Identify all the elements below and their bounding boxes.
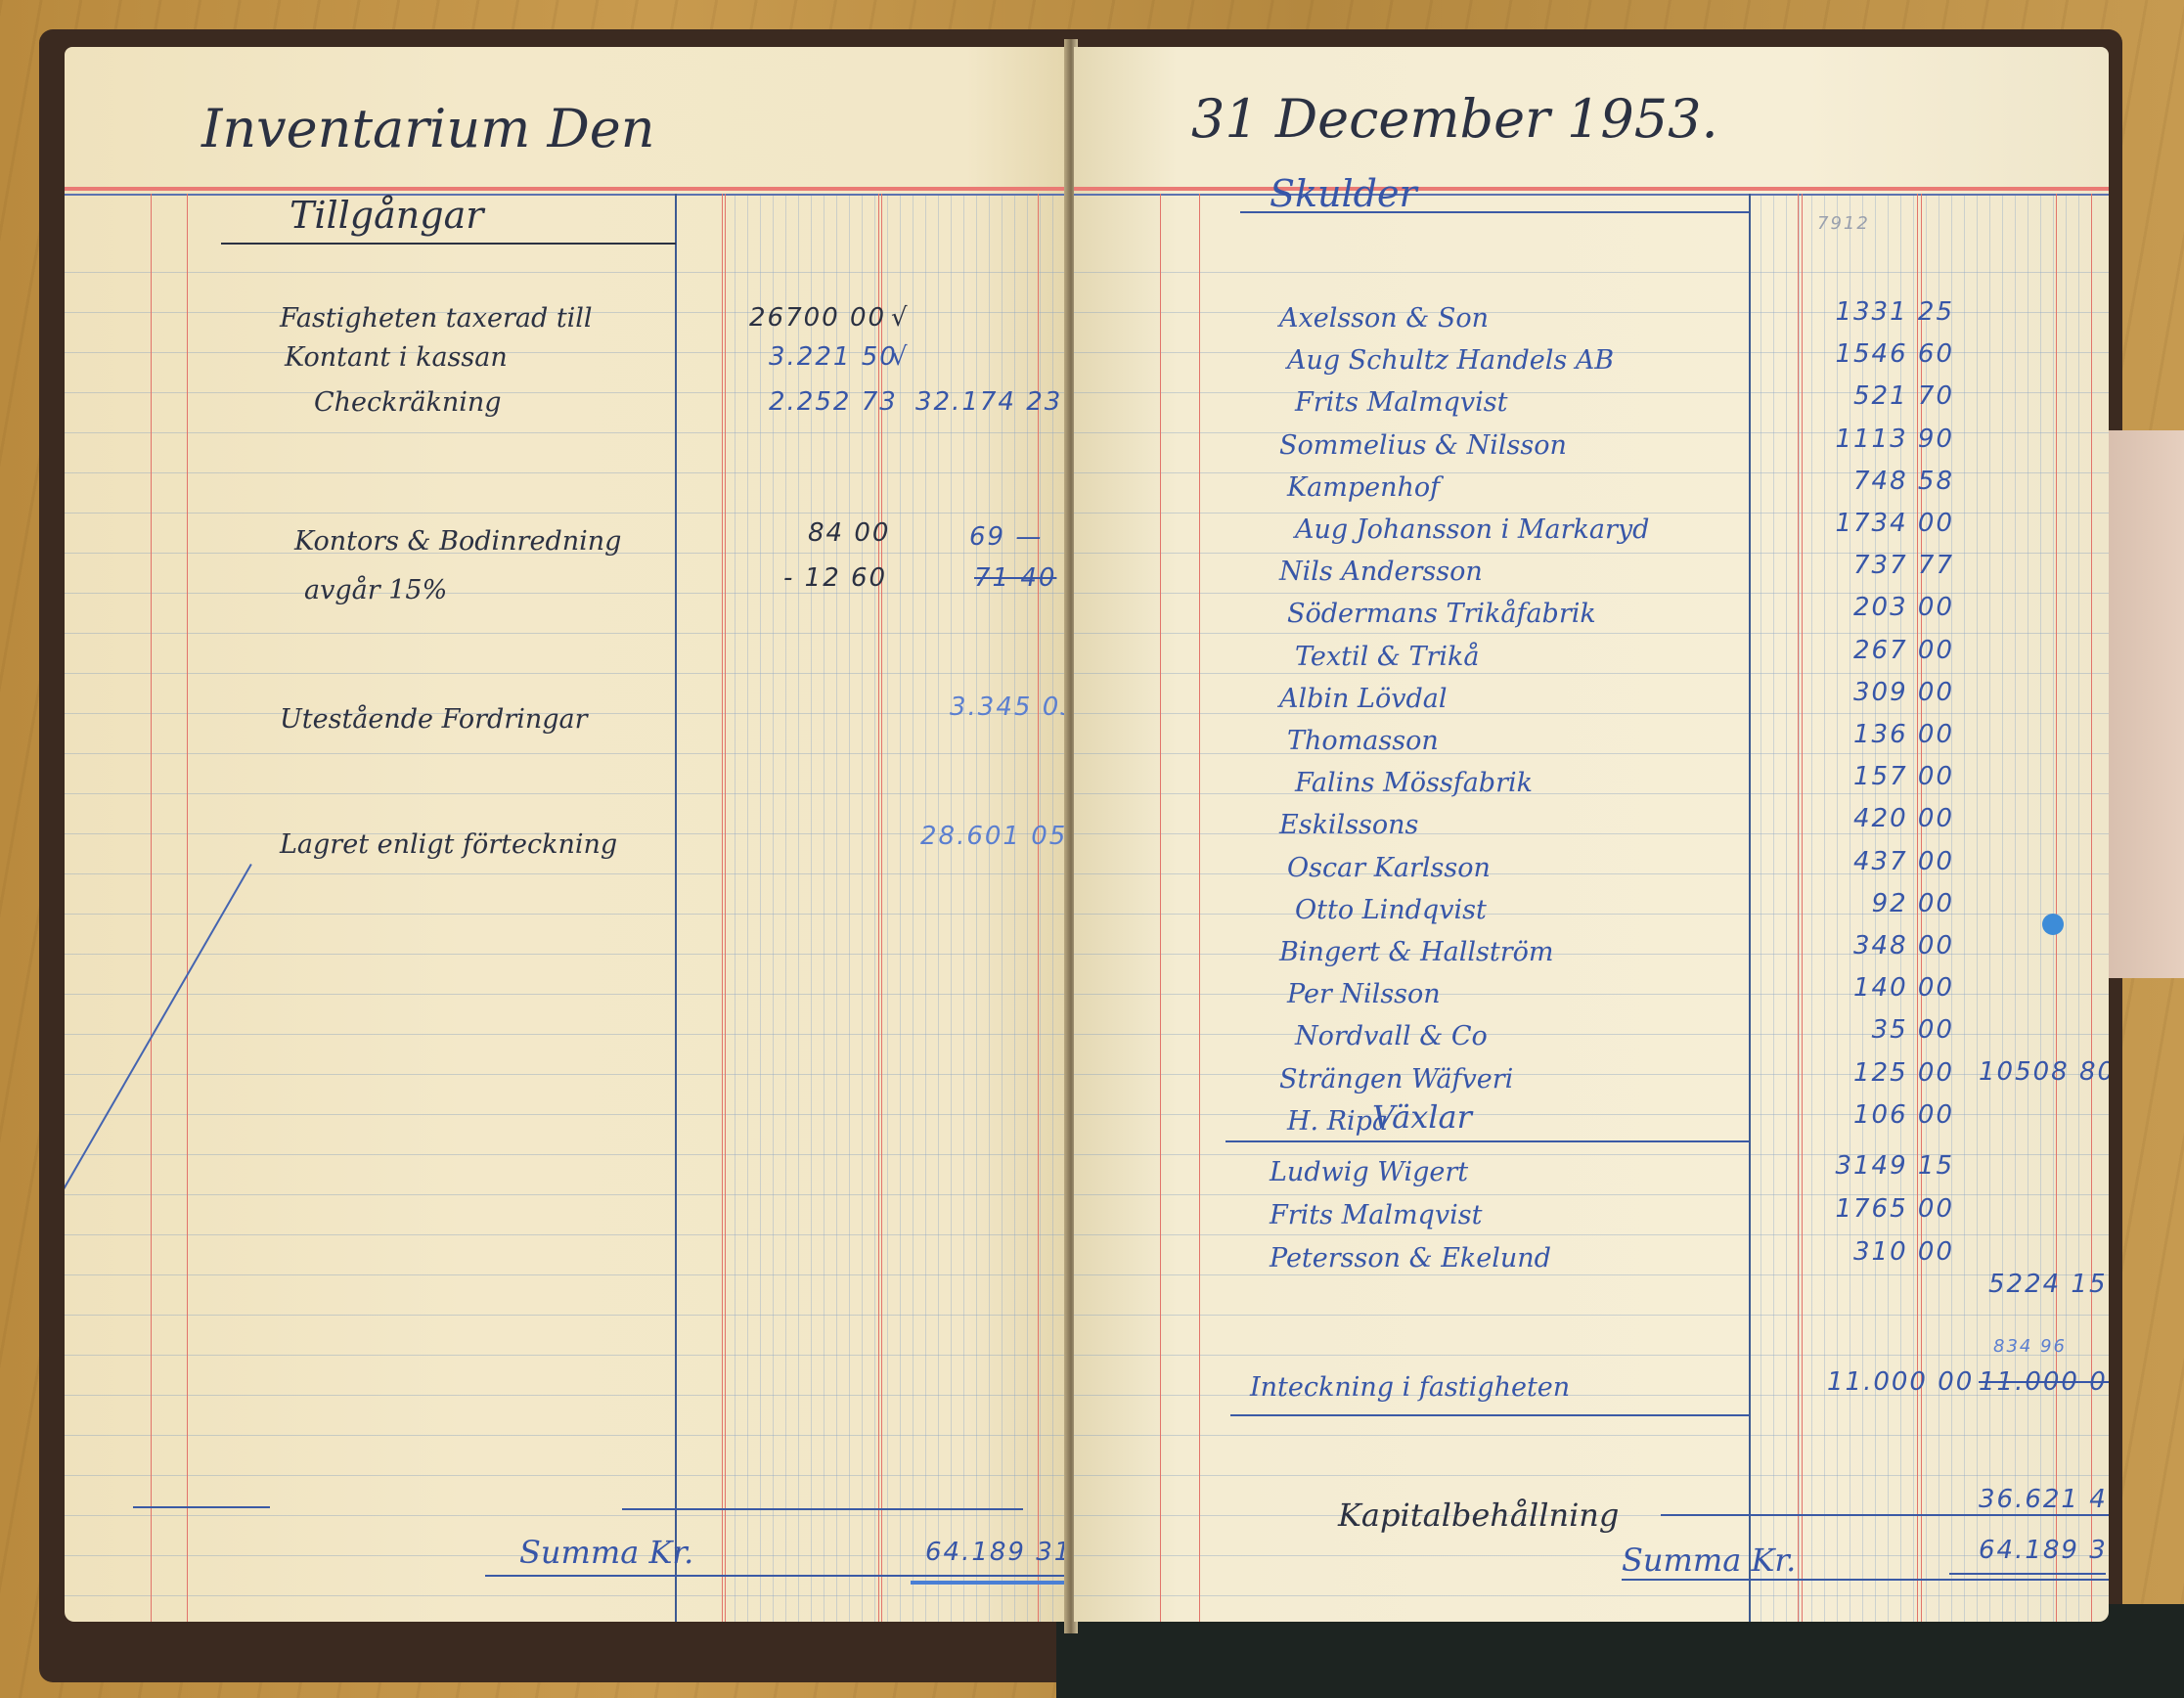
liability-label: Nordvall & Co	[1295, 1021, 1488, 1051]
bill-label: Petersson & Ekelund	[1270, 1243, 1551, 1273]
diagonal-base	[133, 1506, 270, 1508]
assets-heading: Tillgångar	[290, 194, 483, 237]
liability-label: Axelsson & Son	[1279, 303, 1489, 334]
text-column-rule	[1749, 194, 1751, 1622]
bill-amount: 1765 00	[1827, 1194, 1954, 1224]
bills-underline	[1226, 1140, 1749, 1142]
liability-label: Aug Schultz Handels AB	[1287, 345, 1614, 376]
heading-underline	[221, 243, 676, 245]
liability-label: Eskilssons	[1279, 810, 1418, 840]
loose-papers	[2104, 430, 2184, 978]
page-title-left: Inventarium Den	[201, 98, 655, 159]
margin-rule	[151, 194, 152, 1622]
assets-sum-value: 64.189 31	[925, 1538, 1067, 1567]
capital-label: Kapitalbehållning	[1338, 1497, 1619, 1534]
liability-label: Bingert & Hallström	[1279, 937, 1553, 967]
liability-amount: 348 00	[1827, 931, 1954, 961]
liability-label: Falins Mössfabrik	[1295, 768, 1533, 798]
liability-amount: 1546 60	[1827, 339, 1954, 369]
left-page-assets: Inventarium Den Tillgångar Fastigheten t…	[65, 47, 1067, 1622]
asset-amount: 2.252 73	[769, 387, 898, 417]
asset-total: 3.345 03	[950, 693, 1067, 722]
bills-subtotal: 5224 15	[1988, 1270, 2108, 1299]
bills-heading: Växlar	[1372, 1098, 1472, 1136]
sum-rule-top	[622, 1508, 1023, 1510]
liability-amount: 1331 25	[1827, 297, 1954, 327]
bill-label: Frits Malmqvist	[1270, 1200, 1482, 1230]
check-mark: √	[891, 303, 910, 333]
amount-rule	[1802, 194, 1803, 1622]
liabilities-sum-label: Summa Kr.	[1622, 1542, 1796, 1579]
asset-amount: - 12 60	[783, 563, 887, 593]
liability-label: Nils Andersson	[1279, 557, 1483, 587]
asset-label: Utestående Fordringar	[280, 704, 588, 735]
liability-label: Thomasson	[1287, 726, 1439, 756]
liability-amount: 437 00	[1827, 847, 1954, 876]
asset-amount: 84 00	[808, 518, 890, 548]
header-rule-red	[65, 187, 1067, 191]
liability-label: Albin Lövdal	[1279, 684, 1447, 714]
asset-label: Lagret enligt förteckning	[280, 829, 617, 860]
amount-rule	[722, 194, 723, 1622]
asset-total: 28.601 05	[920, 822, 1067, 851]
bill-label: Ludwig Wigert	[1270, 1157, 1468, 1187]
liability-amount: 737 77	[1827, 551, 1954, 580]
liability-label: Per Nilsson	[1287, 979, 1441, 1009]
liability-amount: 309 00	[1827, 678, 1954, 707]
liability-amount: 420 00	[1827, 804, 1954, 833]
liability-label: Aug Johansson i Markaryd	[1295, 514, 1649, 545]
sum-double-underline	[1949, 1573, 2106, 1575]
liability-amount: 35 00	[1827, 1015, 1954, 1045]
capital-value: 36.621 40	[1979, 1485, 2109, 1514]
mortgage-label: Inteckning i fastigheten	[1250, 1372, 1570, 1403]
right-page-liabilities: 31 December 1953. Skulder 7912 Axelsson …	[1074, 47, 2109, 1622]
page-title-right: 31 December 1953.	[1191, 88, 1718, 150]
liability-amount: 1734 00	[1827, 509, 1954, 538]
liability-amount: 1113 90	[1827, 424, 1954, 454]
check-mark: √	[891, 342, 910, 372]
margin-rule	[1160, 194, 1161, 1622]
bill-amount: 3149 15	[1827, 1151, 1954, 1181]
liability-amount: 267 00	[1827, 636, 1954, 665]
asset-label: avgår 15%	[304, 575, 447, 605]
asset-amount: 3.221 50	[769, 342, 898, 372]
liability-amount: 106 00	[1827, 1100, 1954, 1130]
sum-underline	[485, 1575, 1067, 1577]
liability-label: Frits Malmqvist	[1295, 387, 1507, 418]
margin-rule	[187, 194, 188, 1622]
mortgage-amount: 11.000 00	[1827, 1367, 1974, 1397]
liability-amount: 521 70	[1827, 381, 1954, 411]
asset-total-struck: 71 40	[974, 563, 1056, 593]
asset-label: Kontant i kassan	[285, 342, 508, 373]
mortgage-underline	[1230, 1414, 1749, 1416]
amount-rule	[2091, 194, 2092, 1622]
amount-rule	[725, 194, 726, 1622]
liabilities-subtotal: 10508 80	[1979, 1057, 2109, 1087]
margin-rule	[1199, 194, 1200, 1622]
liability-amount: 157 00	[1827, 762, 1954, 791]
liability-label: Textil & Trikå	[1295, 642, 1479, 672]
liability-label: Kampenhof	[1287, 472, 1440, 503]
liability-label: Sommelius & Nilsson	[1279, 430, 1567, 461]
text-column-rule	[675, 194, 677, 1622]
ink-blot	[2042, 914, 2064, 935]
pencil-note: 7912	[1817, 213, 1870, 234]
bill-amount: 310 00	[1827, 1237, 1954, 1267]
asset-label: Kontors & Bodinredning	[294, 526, 621, 557]
liability-amount: 140 00	[1827, 973, 1954, 1003]
liabilities-sum-value: 64.189 31	[1979, 1536, 2109, 1565]
asset-label: Fastigheten taxerad till	[280, 303, 593, 334]
liability-label: Södermans Trikåfabrik	[1287, 599, 1596, 629]
asset-total: 69 —	[969, 522, 1043, 552]
sum-double-underline	[911, 1581, 1067, 1585]
capital-underline	[1661, 1514, 2109, 1516]
liability-amount: 92 00	[1827, 889, 1954, 918]
liability-amount: 136 00	[1827, 720, 1954, 749]
liability-label: Otto Lindqvist	[1295, 895, 1487, 925]
heading-underline	[1240, 211, 1749, 213]
asset-total: 32.174 23	[915, 387, 1062, 417]
liability-label: Strängen Wäfveri	[1279, 1064, 1513, 1095]
header-rule-blue	[65, 194, 1067, 196]
assets-sum-label: Summa Kr.	[519, 1534, 693, 1571]
asset-amount: 26700 00	[749, 303, 886, 333]
mortgage-correction: 834 96	[1993, 1336, 2067, 1357]
header-rule-blue	[1074, 194, 2109, 196]
amount-rule	[1798, 194, 1799, 1622]
amount-rule	[2056, 194, 2057, 1622]
liability-label: Oscar Karlsson	[1287, 853, 1491, 883]
asset-label: Checkräkning	[314, 387, 502, 418]
liability-amount: 203 00	[1827, 593, 1954, 622]
mortgage-total: 11.000 00	[1979, 1367, 2109, 1397]
sum-underline	[1622, 1579, 2109, 1581]
header-rule-red	[1074, 187, 2109, 191]
liabilities-heading: Skulder	[1270, 172, 1417, 215]
liability-amount: 748 58	[1827, 467, 1954, 496]
liability-amount: 125 00	[1827, 1058, 1954, 1088]
